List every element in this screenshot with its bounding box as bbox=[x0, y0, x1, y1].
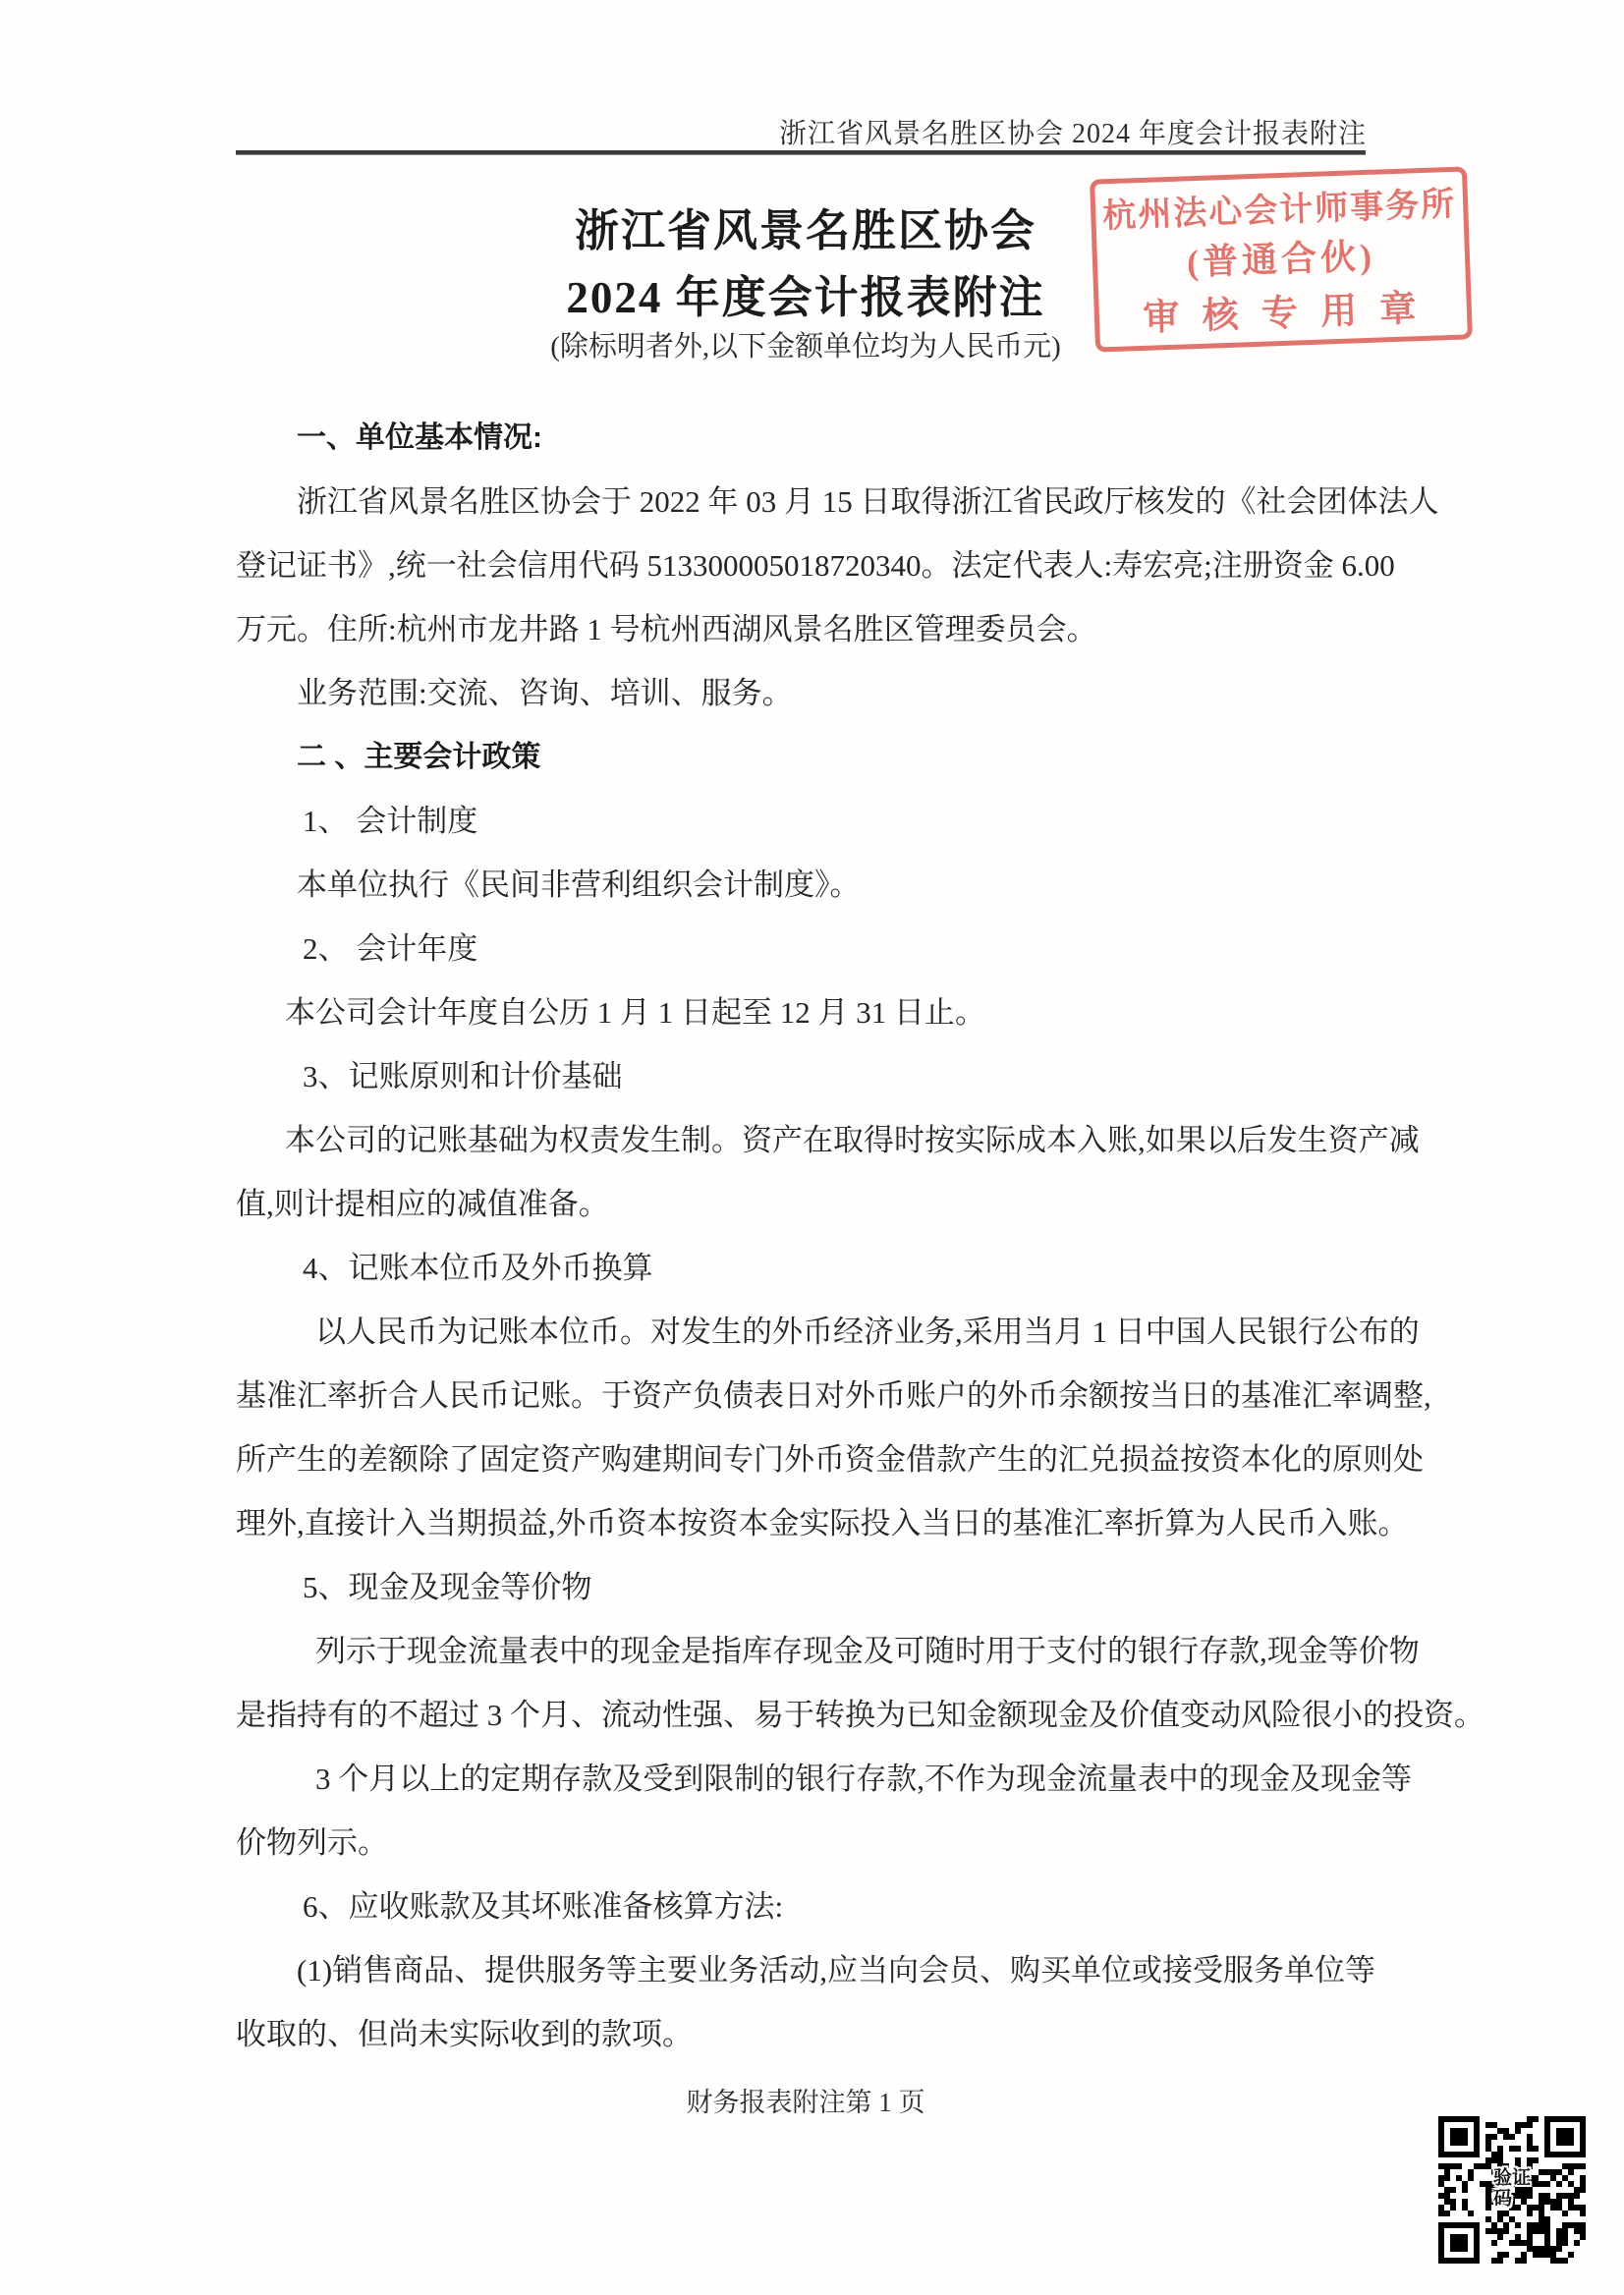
audit-stamp: 杭州法心会计师事务所 (普通合伙) 审 核 专 用 章 bbox=[1090, 166, 1473, 352]
body-line: 本公司的记账基础为权责发生制。资产在取得时按实际成本入账,如果以后发生资产减 bbox=[236, 1108, 1375, 1172]
body-line: 本公司会计年度自公历 1 月 1 日起至 12 月 31 日止。 bbox=[236, 980, 1375, 1044]
body-line: 价物列示。 bbox=[236, 1811, 1375, 1875]
body-line: 基准汇率折合人民币记账。于资产负债表日对外币账户的外币余额按当日的基准汇率调整, bbox=[236, 1364, 1375, 1427]
body-line: 二 、主要会计政策 bbox=[236, 725, 1375, 789]
body-line: 列示于现金流量表中的现金是指库存现金及可随时用于支付的银行存款,现金等价物 bbox=[236, 1619, 1375, 1683]
stamp-purpose: 审 核 专 用 章 bbox=[1142, 278, 1424, 341]
body-line: 业务范围:交流、咨询、培训、服务。 bbox=[236, 661, 1375, 725]
body-line: 以人民币为记账本位币。对发生的外币经济业务,采用当月 1 日中国人民银行公布的 bbox=[236, 1300, 1375, 1364]
running-header: 浙江省风景名胜区协会 2024 年度会计报表附注 bbox=[779, 112, 1367, 151]
body-line: 浙江省风景名胜区协会于 2022 年 03 月 15 日取得浙江省民政厅核发的《… bbox=[236, 470, 1375, 533]
qr-label-line1: 验证 bbox=[1493, 2167, 1531, 2188]
body-line: 4、记账本位币及外币换算 bbox=[236, 1236, 1375, 1300]
body-line: 万元。住所:杭州市龙井路 1 号杭州西湖风景名胜区管理委员会。 bbox=[236, 597, 1375, 661]
stamp-firm-name: 杭州法心会计师事务所 bbox=[1101, 177, 1456, 238]
body-line: (1)销售商品、提供服务等主要业务活动,应当向会员、购买单位或接受服务单位等 bbox=[236, 1938, 1375, 2002]
body-line: 登记证书》,统一社会信用代码 513300005018720340。法定代表人:… bbox=[236, 533, 1375, 597]
body-line: 值,则计提相应的减值准备。 bbox=[236, 1172, 1375, 1236]
body-line: 3 个月以上的定期存款及受到限制的银行存款,不作为现金流量表中的现金及现金等 bbox=[236, 1747, 1375, 1811]
body-line: 收取的、但尚未实际收到的款项。 bbox=[236, 2002, 1375, 2066]
stamp-partnership-type: (普通合伙) bbox=[1186, 229, 1376, 286]
body-line: 所产生的差额除了固定资产购建期间专门外币资金借款产生的汇兑损益按资本化的原则处 bbox=[236, 1427, 1375, 1491]
body-line: 理外,直接计入当期损益,外币资本按资本金实际投入当日的基准汇率折算为人民币入账。 bbox=[236, 1491, 1375, 1555]
body-line: 一、单位基本情况: bbox=[236, 406, 1375, 470]
footer-page-number: 财务报表附注第 1 页 bbox=[236, 2081, 1375, 2119]
qr-label-line2: 码 bbox=[1493, 2188, 1531, 2209]
body-line: 5、现金及现金等价物 bbox=[236, 1555, 1375, 1619]
body-line: 3、记账原则和计价基础 bbox=[236, 1044, 1375, 1108]
qr-code: 验证码 bbox=[1438, 2116, 1586, 2264]
body-lines: 一、单位基本情况:浙江省风景名胜区协会于 2022 年 03 月 15 日取得浙… bbox=[236, 406, 1375, 2066]
body-line: 是指持有的不超过 3 个月、流动性强、易于转换为已知金额现金及价值变动风险很小的… bbox=[236, 1683, 1375, 1747]
document-page: 浙江省风景名胜区协会 2024 年度会计报表附注 浙江省风景名胜区协会 2024… bbox=[0, 0, 1624, 2295]
body-line: 本单位执行《民间非营利组织会计制度》。 bbox=[236, 853, 1375, 917]
body-line: 2、 会计年度 bbox=[236, 917, 1375, 980]
body-line: 6、应收账款及其坏账准备核算方法: bbox=[236, 1875, 1375, 1938]
qr-label: 验证码 bbox=[1493, 2167, 1531, 2209]
header-rule bbox=[236, 150, 1366, 155]
body-line: 1、 会计制度 bbox=[236, 789, 1375, 853]
